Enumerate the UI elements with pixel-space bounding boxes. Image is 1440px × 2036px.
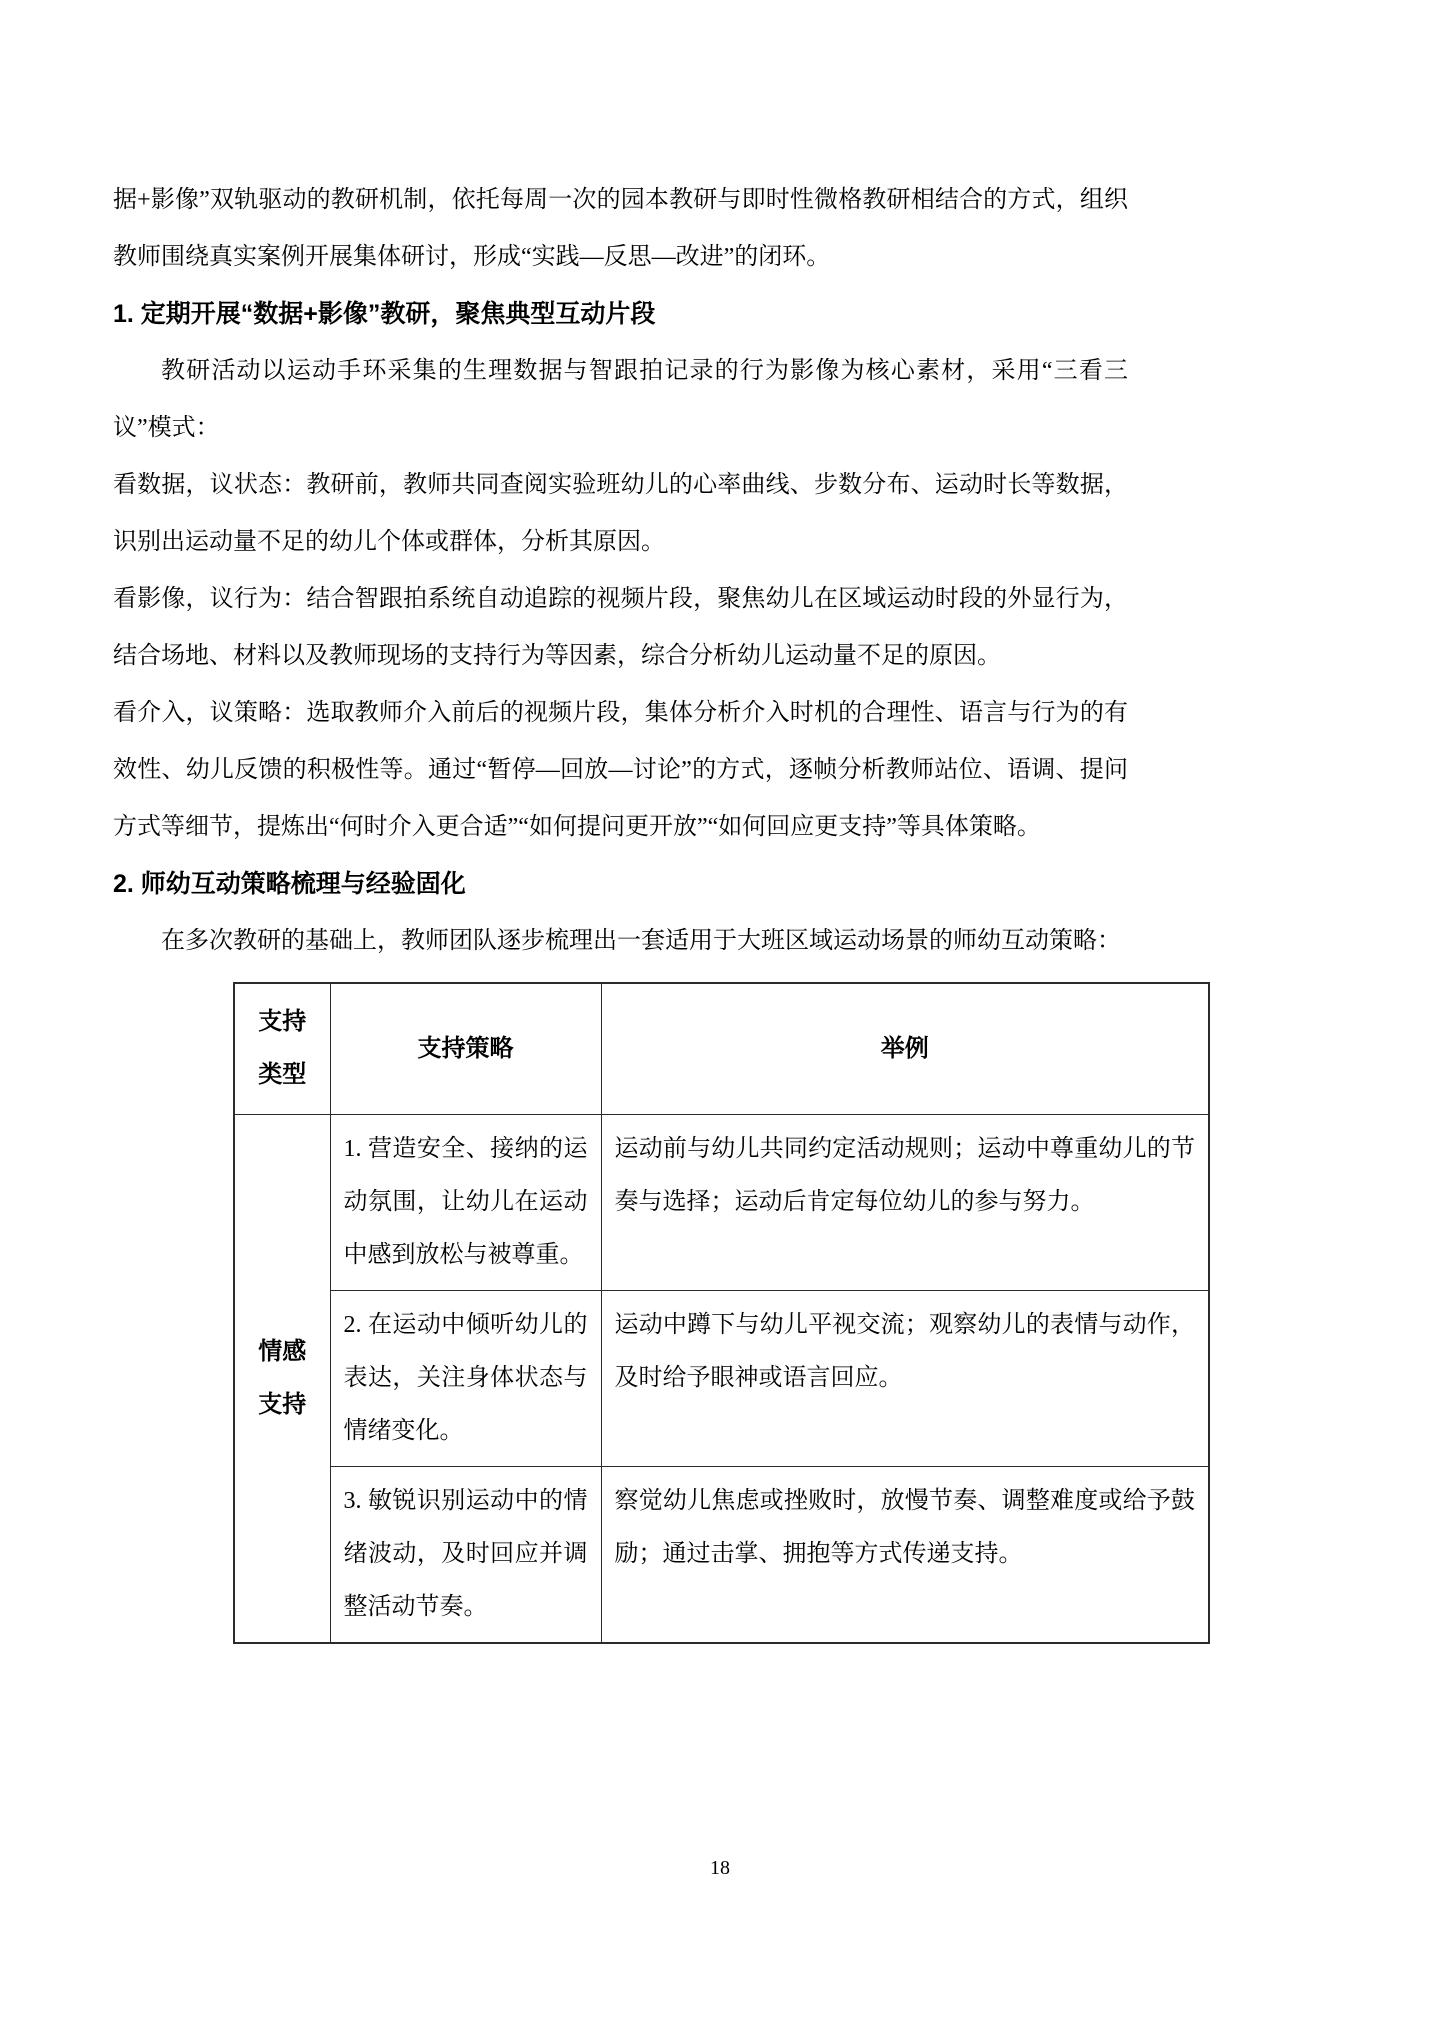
intro-paragraph: 据+影像”双轨驱动的教研机制，依托每周一次的园本教研与即时性微格教研相结合的方式…	[113, 172, 1128, 286]
discussion-point-data: 看数据，议状态：教研前，教师共同查阅实验班幼儿的心率曲线、步数分布、运动时长等数…	[113, 457, 1128, 571]
page-content: 据+影像”双轨驱动的教研机制，依托每周一次的园本教研与即时性微格教研相结合的方式…	[113, 172, 1128, 1644]
section1-lead-paragraph: 教研活动以运动手环采集的生理数据与智跟拍记录的行为影像为核心素材，采用“三看三议…	[113, 343, 1128, 457]
strategy-cell: 1. 营造安全、接纳的运动氛围，让幼儿在运动中感到放松与被尊重。	[330, 1115, 601, 1291]
group-label-emotional-support: 情感支持	[234, 1115, 330, 1644]
header-support-type: 支持类型	[234, 983, 330, 1115]
example-cell: 运动中蹲下与幼儿平视交流；观察幼儿的表情与动作，及时给予眼神或语言回应。	[601, 1291, 1209, 1467]
example-cell: 运动前与幼儿共同约定活动规则；运动中尊重幼儿的节奏与选择；运动后肯定每位幼儿的参…	[601, 1115, 1209, 1291]
page-number: 18	[0, 1856, 1440, 1880]
strategy-cell: 2. 在运动中倾听幼儿的表达，关注身体状态与情绪变化。	[330, 1291, 601, 1467]
table-row: 3. 敏锐识别运动中的情绪波动，及时回应并调整活动节奏。 察觉幼儿焦虑或挫败时，…	[234, 1467, 1209, 1644]
header-support-strategy: 支持策略	[330, 983, 601, 1115]
table-header-row: 支持类型 支持策略 举例	[234, 983, 1209, 1115]
section2-lead-paragraph: 在多次教研的基础上，教师团队逐步梳理出一套适用于大班区域运动场景的师幼互动策略：	[113, 913, 1128, 970]
example-cell: 察觉幼儿焦虑或挫败时，放慢节奏、调整难度或给予鼓励；通过击掌、拥抱等方式传递支持…	[601, 1467, 1209, 1644]
discussion-point-intervention: 看介入，议策略：选取教师介入前后的视频片段，集体分析介入时机的合理性、语言与行为…	[113, 685, 1128, 856]
header-example: 举例	[601, 983, 1209, 1115]
support-strategy-table: 支持类型 支持策略 举例 情感支持 1. 营造安全、接纳的运动氛围，让幼儿在运动…	[233, 982, 1210, 1644]
discussion-point-video: 看影像，议行为：结合智跟拍系统自动追踪的视频片段，聚焦幼儿在区域运动时段的外显行…	[113, 571, 1128, 685]
document-page: 据+影像”双轨驱动的教研机制，依托每周一次的园本教研与即时性微格教研相结合的方式…	[0, 0, 1440, 2036]
section2-heading: 2. 师幼互动策略梳理与经验固化	[113, 856, 1128, 913]
section1-heading: 1. 定期开展“数据+影像”教研，聚焦典型互动片段	[113, 286, 1128, 343]
table-row: 2. 在运动中倾听幼儿的表达，关注身体状态与情绪变化。 运动中蹲下与幼儿平视交流…	[234, 1291, 1209, 1467]
strategy-cell: 3. 敏锐识别运动中的情绪波动，及时回应并调整活动节奏。	[330, 1467, 601, 1644]
table-row: 情感支持 1. 营造安全、接纳的运动氛围，让幼儿在运动中感到放松与被尊重。 运动…	[234, 1115, 1209, 1291]
